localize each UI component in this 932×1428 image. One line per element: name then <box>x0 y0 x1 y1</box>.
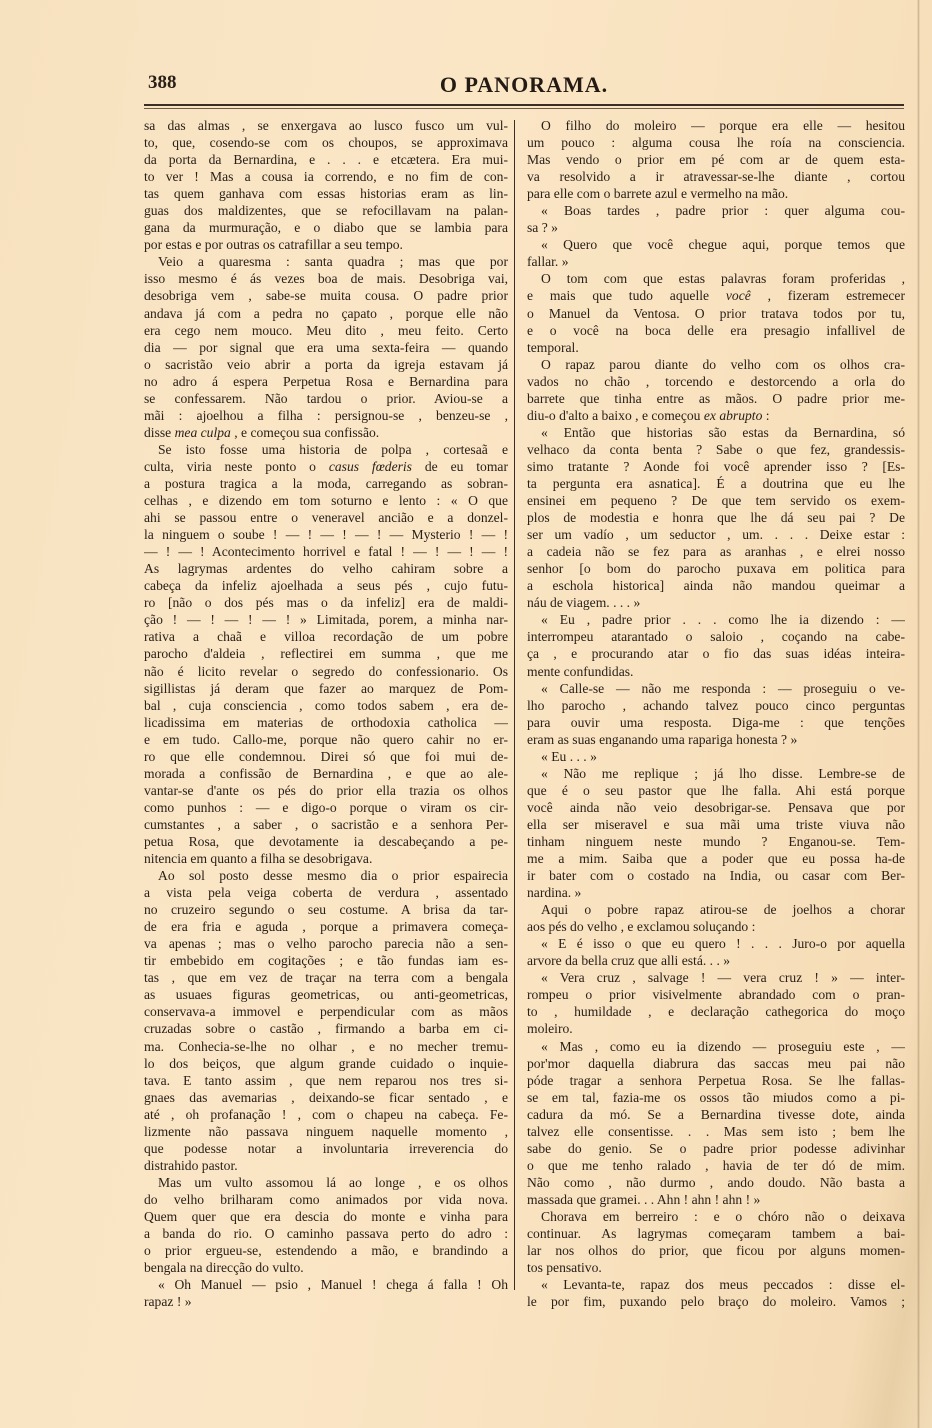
text-segment: bal , cuja consciencia , como todos sabe… <box>144 698 508 713</box>
text-line: O filho do moleiro — porque era elle — h… <box>527 117 905 134</box>
text-line: talvez elle consentisse. . . Mas sem ist… <box>527 1123 905 1140</box>
text-segment: tas quem ganhava com essas historias era… <box>144 186 508 201</box>
text-line: desobriga vem , sabe-se muita cousa. O p… <box>144 287 508 304</box>
text-line: va resolvido a ir atravessar-se-lhe dian… <box>527 168 905 185</box>
text-line: me a mim. Saiba que a poder que eu possa… <box>527 850 905 867</box>
text-line: lho parocho , achando talvez pouco cinco… <box>527 697 905 714</box>
text-line: cumstantes , a saber , o sacristão e a s… <box>144 816 508 833</box>
text-line: va apenas ; mas o velho parocho parecia … <box>144 935 508 952</box>
text-segment: do velho brilharam como animados por vid… <box>144 1192 508 1207</box>
text-segment: , e começou sua confissão. <box>231 425 379 440</box>
text-segment: lar nos olhos do prior, que ficou por al… <box>527 1243 905 1258</box>
text-segment: O tom com que estas palavras foram profe… <box>541 271 905 286</box>
text-segment: « Mas , como eu ia dizendo — proseguiu e… <box>541 1039 905 1054</box>
text-line: o Manuel da Ventosa. O prior tratava tod… <box>527 305 905 322</box>
text-line: se em tal, fazia-me os ossos tão miudos … <box>527 1089 905 1106</box>
header-rule-thin <box>144 108 904 109</box>
text-segment: parocho d'aldeia , reflectirei em summa … <box>144 646 508 661</box>
text-segment: rapaz ! » <box>144 1294 192 1309</box>
text-line: « Calle-se — não me responda : — prosegu… <box>527 680 905 697</box>
text-line: tava. E tanto assim , que nem reparou no… <box>144 1072 508 1089</box>
text-segment: até , oh profanação ! , com o chapeu na … <box>144 1107 508 1122</box>
text-segment: culta, viria neste ponto o <box>144 459 329 474</box>
text-segment: que é o seu pastor que lhe falla. Ahi es… <box>527 783 905 798</box>
text-segment: arvore da bella cruz que alli está. . . … <box>527 953 730 968</box>
text-line: lar nos olhos do prior, que ficou por al… <box>527 1242 905 1259</box>
text-line: o que me tenho ralado , havia de ter dó … <box>527 1157 905 1174</box>
text-line: gana da murmuração, e o diabo que se lam… <box>144 219 508 236</box>
text-line: vantar-se d'ante os pés do prior ella tr… <box>144 782 508 799</box>
text-segment: ta pergunta era asnatica]. É a doutrina … <box>527 476 905 491</box>
text-segment: ção ! — ! — ! — ! » Limitada, porem, a m… <box>144 612 508 627</box>
text-segment: licadissima em materias de orthodoxia ca… <box>144 715 508 730</box>
text-segment: cruzadas sobre o castão , firmando a bar… <box>144 1021 508 1036</box>
text-segment: moleiro. <box>527 1021 573 1036</box>
text-line: As lagrymas ardentes do velho cahiram so… <box>144 560 508 577</box>
text-segment: to , humildade , e declaração cathegoric… <box>527 1004 905 1019</box>
text-segment: velhaco da conta benta ? Sabe o que fez,… <box>527 442 905 457</box>
text-line: Veio a quaresma : santa quadra ; mas que… <box>144 253 508 270</box>
text-line: plos de modestia e honra que lhe dá seu … <box>527 509 905 526</box>
text-segment: Ao sol posto desse mesmo dia o prior esp… <box>158 868 508 883</box>
text-line: mãi : ajoelhou a filha : persignou-se , … <box>144 407 508 424</box>
text-line: que podesse notar a involuntaria irrever… <box>144 1140 508 1157</box>
italic-phrase: ex abrupto <box>704 408 763 423</box>
text-segment: ahi se passou entre o veneravel ancião e… <box>144 510 508 525</box>
text-line: massada que gramei. . . Ahn ! ahn ! ahn … <box>527 1191 905 1208</box>
text-segment: « Então que historias são estas da Berna… <box>541 425 905 440</box>
text-line: simo tratante ? Aonde foi você aprender … <box>527 458 905 475</box>
text-line: ahi se passou entre o veneravel ancião e… <box>144 509 508 526</box>
text-line: senhor [o bom do parocho puxava em polit… <box>527 560 905 577</box>
text-segment: sa ? » <box>527 220 558 235</box>
text-segment: sa das almas , se enxergava ao lusco fus… <box>144 118 508 133</box>
text-line: Mas um vulto assomou lá ao longe , e os … <box>144 1174 508 1191</box>
text-segment: va resolvido a ir atravessar-se-lhe dian… <box>527 169 905 184</box>
text-line: para elle com o barrete azul e vermelho … <box>527 185 905 202</box>
text-line: por'mor daquella diabrura das saccas meu… <box>527 1055 905 1072</box>
text-line: aos pés do velho , e exclamou soluçando … <box>527 918 905 935</box>
text-line: eram as suas enganando uma rapariga hone… <box>527 731 905 748</box>
text-segment: rompeu o prior visivelmente abrandado co… <box>527 987 905 1002</box>
text-line: Chorava em berreiro : e o chóro não o de… <box>527 1208 905 1225</box>
text-line: guas dos maldizentes, que se refocillava… <box>144 202 508 219</box>
text-line: disse mea culpa , e começou sua confissã… <box>144 424 508 441</box>
text-segment: aos pés do velho , e exclamou soluçando … <box>527 919 755 934</box>
text-segment: tir embebido em cogitações ; e tão funda… <box>144 953 508 968</box>
text-segment: o Manuel da Ventosa. O prior tratava tod… <box>527 306 905 321</box>
text-segment: bengala na direcção do vulto. <box>144 1260 304 1275</box>
text-line: « Mas , como eu ia dizendo — proseguiu e… <box>527 1038 905 1055</box>
text-segment: « Levanta-te, rapaz dos meus peccados : … <box>541 1277 905 1292</box>
text-segment: disse <box>144 425 175 440</box>
text-line: interrompeu atarantado o saloio , coçand… <box>527 628 905 645</box>
text-segment: simo tratante ? Aonde foi você aprender … <box>527 459 905 474</box>
text-segment: « Calle-se — não me responda : — prosegu… <box>541 681 905 696</box>
text-line: cadura da mó. Se a Bernardina tivesse do… <box>527 1106 905 1123</box>
text-line: cabeça da infeliz ajoelhada a seus pés ,… <box>144 577 508 594</box>
text-line: sa das almas , se enxergava ao lusco fus… <box>144 117 508 134</box>
text-line: ro que elle condemnou. Direi só que foi … <box>144 748 508 765</box>
text-segment: nardina. » <box>527 885 581 900</box>
text-line: era cego nem mouco. Meu dito , meu feito… <box>144 322 508 339</box>
text-segment: não é licito revelar o segredo do confes… <box>144 664 508 679</box>
text-segment: « Eu . . . » <box>541 749 597 764</box>
text-segment: « Eu , padre prior . . . como lhe ia diz… <box>541 612 905 627</box>
text-line: Aqui o pobre rapaz atirou-se de joelhos … <box>527 901 905 918</box>
text-segment: As lagrymas ardentes do velho cahiram so… <box>144 561 508 576</box>
text-segment: por'mor daquella diabrura das saccas meu… <box>527 1056 905 1071</box>
text-line: to ver ! Mas a cousa ia correndo, e no f… <box>144 168 508 185</box>
left-column: sa das almas , se enxergava ao lusco fus… <box>144 117 508 1310</box>
text-segment: que podesse notar a involuntaria irrever… <box>144 1141 508 1156</box>
text-line: se confessarem. Não tardou o prior. Avio… <box>144 390 508 407</box>
text-segment: mãi : ajoelhou a filha : persignou-se , … <box>144 408 508 423</box>
text-line: sabe do genio. Se o padre prior podesse … <box>527 1140 905 1157</box>
text-segment: me a mim. Saiba que a poder que eu possa… <box>527 851 905 866</box>
right-column: O filho do moleiro — porque era elle — h… <box>527 117 905 1310</box>
text-line: tas , que em vez de traçar na terra com … <box>144 969 508 986</box>
text-segment: Não como , não durmo , ando doudo. Não b… <box>527 1175 905 1190</box>
text-segment: gnaes das avemarias , deixando-se ficar … <box>144 1090 508 1105</box>
text-line: O rapaz parou diante do velho com os olh… <box>527 356 905 373</box>
text-segment: Quem quer que era descia do monte e vinh… <box>144 1209 508 1224</box>
text-line: bal , cuja consciencia , como todos sabe… <box>144 697 508 714</box>
text-segment: e o você na boca delle era presagio infa… <box>527 323 905 338</box>
text-line: velhaco da conta benta ? Sabe o que fez,… <box>527 441 905 458</box>
text-segment: gana da murmuração, e o diabo que se lam… <box>144 220 508 235</box>
text-segment: póde tragar a senhora Perpetua Rosa. Se … <box>527 1073 905 1088</box>
text-line: rativa a chaã e villoa recordação de um … <box>144 628 508 645</box>
text-line: do velho brilharam como animados por vid… <box>144 1191 508 1208</box>
text-segment: a eschola historica] ainda não mandou qu… <box>527 578 905 593</box>
text-line: mente confundidas. <box>527 663 905 680</box>
text-segment: massada que gramei. . . Ahn ! ahn ! ahn … <box>527 1192 760 1207</box>
text-line: as usuaes figuras geometricas, ou anti-g… <box>144 986 508 1003</box>
text-line: barrete que tinha entre as mãos. O padre… <box>527 390 905 407</box>
text-segment: fallar. » <box>527 254 569 269</box>
text-line: póde tragar a senhora Perpetua Rosa. Se … <box>527 1072 905 1089</box>
text-segment: ser um vadío , um seductor , um. . . . D… <box>527 527 905 542</box>
text-line: « Eu , padre prior . . . como lhe ia diz… <box>527 611 905 628</box>
text-segment: ma. Conhecia-se-lhe no olhar , e no mech… <box>144 1039 508 1054</box>
text-line: « E é isso o que eu quero ! . . . Juro-o… <box>527 935 905 952</box>
text-segment: ro que elle condemnou. Direi só que foi … <box>144 749 508 764</box>
periodical-title: O PANORAMA. <box>144 72 904 98</box>
text-line: « Eu . . . » <box>527 748 905 765</box>
text-line: que é o seu pastor que lhe falla. Ahi es… <box>527 782 905 799</box>
text-segment: conservava-a immovel e perpendicular com… <box>144 1004 508 1019</box>
text-line: ta pergunta era asnatica]. É a doutrina … <box>527 475 905 492</box>
text-line: lo dos beiços, que algum grande cuidado … <box>144 1055 508 1072</box>
text-line: « Então que historias são estas da Berna… <box>527 424 905 441</box>
text-segment: o que me tenho ralado , havia de ter dó … <box>527 1158 905 1173</box>
text-line: no cruzeiro segundo o seu costume. A bri… <box>144 901 508 918</box>
text-line: não é licito revelar o segredo do confes… <box>144 663 508 680</box>
text-segment: diu-o d'alto a baixo , e começou <box>527 408 704 423</box>
text-line: O tom com que estas palavras foram profe… <box>527 270 905 287</box>
text-line: a postura tragica a la moda, carregando … <box>144 475 508 492</box>
text-line: celhas , e dizendo em tom soturno e lent… <box>144 492 508 509</box>
text-segment: a postura tragica a la moda, carregando … <box>144 476 508 491</box>
text-line: vados no chão , torcendo e destorcendo a… <box>527 373 905 390</box>
text-line: petua Rosa, que devotamente ia descabeça… <box>144 833 508 850</box>
text-segment: no adro á espera Perpetua Rosa e Bernard… <box>144 374 508 389</box>
text-segment: se confessarem. Não tardou o prior. Avio… <box>144 391 508 406</box>
text-line: o sacristão veio abrir a porta da igreja… <box>144 356 508 373</box>
text-line: « Não me replique ; já lho disse. Lembre… <box>527 765 905 782</box>
text-line: de era fria e aguda , porque a primavera… <box>144 918 508 935</box>
text-segment: Se isto fosse uma historia de polpa , co… <box>158 442 508 457</box>
text-segment: to, que, cosendo-se com os choupos, se a… <box>144 135 508 150</box>
text-segment: tava. E tanto assim , que nem reparou no… <box>144 1073 508 1088</box>
text-line: um pouco : alguma cousa lhe roía na cons… <box>527 134 905 151</box>
text-segment: rativa a chaã e villoa recordação de um … <box>144 629 508 644</box>
text-line: culta, viria neste ponto o casus fœderis… <box>144 458 508 475</box>
text-segment: lho parocho , achando talvez pouco cinco… <box>527 698 905 713</box>
text-line: arvore da bella cruz que alli está. . . … <box>527 952 905 969</box>
text-line: a banda do rio. O caminho passava perto … <box>144 1225 508 1242</box>
text-line: — ! — ! Acontecimento horrivel e fatal !… <box>144 543 508 560</box>
text-segment: de eu tomar <box>412 459 508 474</box>
text-line: rapaz ! » <box>144 1293 508 1310</box>
text-segment: Chorava em berreiro : e o chóro não o de… <box>541 1209 905 1224</box>
page-header: 388 O PANORAMA. <box>144 66 904 106</box>
column-divider <box>514 120 515 1290</box>
text-line: sa ? » <box>527 219 905 236</box>
text-line: diu-o d'alto a baixo , e começou ex abru… <box>527 407 905 424</box>
text-line: da porta da Bernardina, e . . . e etcæte… <box>144 151 508 168</box>
text-line: nitencia em quanto a filha se desobrigav… <box>144 850 508 867</box>
text-segment: e mais que tudo aquelle <box>527 288 726 303</box>
text-segment: distrahido pastor. <box>144 1158 238 1173</box>
text-segment: no cruzeiro segundo o seu costume. A bri… <box>144 902 508 917</box>
text-line: le por fim, puxando pelo braço do moleir… <box>527 1293 905 1310</box>
text-line: parocho d'aldeia , reflectirei em summa … <box>144 645 508 662</box>
text-segment: « Boas tardes , padre prior : quer algum… <box>541 203 905 218</box>
text-line: ella ser miseravel e sua mãi uma triste … <box>527 816 905 833</box>
text-line: ser um vadío , um seductor , um. . . . D… <box>527 526 905 543</box>
text-segment: O rapaz parou diante do velho com os olh… <box>541 357 905 372</box>
text-segment: « Não me replique ; já lho disse. Lembre… <box>541 766 905 781</box>
text-line: ção ! — ! — ! — ! » Limitada, porem, a m… <box>144 611 508 628</box>
text-segment: da porta da Bernardina, e . . . e etcæte… <box>144 152 508 167</box>
text-line: « Oh Manuel — psio , Manuel ! chega á fa… <box>144 1276 508 1293</box>
text-line: lizmente não passava ninguem naquelle mo… <box>144 1123 508 1140</box>
text-segment: le por fim, puxando pelo braço do moleir… <box>527 1294 905 1309</box>
text-line: « Quero que você chegue aqui, porque tem… <box>527 236 905 253</box>
text-segment: senhor [o bom do parocho puxava em polit… <box>527 561 905 576</box>
text-segment: nitencia em quanto a filha se desobrigav… <box>144 851 372 866</box>
text-segment: petua Rosa, que devotamente ia descabeça… <box>144 834 508 849</box>
text-segment: o sacristão veio abrir a porta da igreja… <box>144 357 508 372</box>
text-line: fallar. » <box>527 253 905 270</box>
text-line: isso mesmo é ás vezes boa de mais. Desob… <box>144 270 508 287</box>
text-line: dia — por signal que era uma sexta-feira… <box>144 339 508 356</box>
text-line: a eschola historica] ainda não mandou qu… <box>527 577 905 594</box>
text-line: tinham ninguem neste mundo ? Enganou-se.… <box>527 833 905 850</box>
text-segment: um pouco : alguma cousa lhe roía na cons… <box>527 135 905 150</box>
text-segment: dia — por signal que era uma sexta-feira… <box>144 340 508 355</box>
text-line: Não como , não durmo , ando doudo. Não b… <box>527 1174 905 1191</box>
text-line: bengala na direcção do vulto. <box>144 1259 508 1276</box>
text-segment: va apenas ; mas o velho parocho parecia … <box>144 936 508 951</box>
text-line: cruzadas sobre o castão , firmando a bar… <box>144 1020 508 1037</box>
text-segment: era cego nem mouco. Meu dito , meu feito… <box>144 323 508 338</box>
text-segment: temporal. <box>527 340 579 355</box>
text-segment: tos pensativo. <box>527 1260 602 1275</box>
text-segment: « Vera cruz , salvage ! — vera cruz ! » … <box>541 970 905 985</box>
text-segment: Aqui o pobre rapaz atirou-se de joelhos … <box>541 902 905 917</box>
text-segment: náu de viagem. . . . » <box>527 595 640 610</box>
text-segment: de era fria e aguda , porque a primavera… <box>144 919 508 934</box>
text-line: rompeu o prior visivelmente abrandado co… <box>527 986 905 1003</box>
text-segment: lo dos beiços, que algum grande cuidado … <box>144 1056 508 1071</box>
text-segment: lizmente não passava ninguem naquelle mo… <box>144 1124 508 1139</box>
text-segment: isso mesmo é ás vezes boa de mais. Desob… <box>144 271 508 286</box>
text-segment: , fizeram estremecer <box>751 288 905 303</box>
text-segment: por estas e por outras os catrafillar a … <box>144 237 403 252</box>
text-line: ça , e procurando atar o fio das suas id… <box>527 645 905 662</box>
italic-phrase: mea culpa <box>175 425 231 440</box>
text-segment: tinham ninguem neste mundo ? Enganou-se.… <box>527 834 905 849</box>
text-line: náu de viagem. . . . » <box>527 594 905 611</box>
text-segment: guas dos maldizentes, que se refocillava… <box>144 203 508 218</box>
text-segment: la ninguem o soube ! — ! — ! — ! — Myste… <box>144 527 508 542</box>
text-segment: continuar. As lagrymas começaram tambem … <box>527 1226 905 1241</box>
text-line: para ouvir uma resposta. Diga-me : que t… <box>527 714 905 731</box>
text-segment: a vista pela veiga coberta de verdura , … <box>144 885 508 900</box>
text-line: Mas vendo o prior em pé com ar de quem e… <box>527 151 905 168</box>
text-segment: como punhos : — e digo-o porque o viram … <box>144 800 508 815</box>
text-line: por estas e por outras os catrafillar a … <box>144 236 508 253</box>
text-line: la ninguem o soube ! — ! — ! — ! — Myste… <box>144 526 508 543</box>
text-segment: desobriga vem , sabe-se muita cousa. O p… <box>144 288 508 303</box>
text-segment: cadura da mó. Se a Bernardina tivesse do… <box>527 1107 905 1122</box>
text-segment: o prior ergueu-se, estendendo a mão, e b… <box>144 1243 508 1258</box>
text-line: moleiro. <box>527 1020 905 1037</box>
text-line: to, que, cosendo-se com os choupos, se a… <box>144 134 508 151</box>
text-line: a cadeia não se fez para as aranhas , e … <box>527 543 905 560</box>
italic-phrase: você <box>726 288 751 303</box>
text-segment: Veio a quaresma : santa quadra ; mas que… <box>158 254 508 269</box>
text-line: conservava-a immovel e perpendicular com… <box>144 1003 508 1020</box>
text-line: ma. Conhecia-se-lhe no olhar , e no mech… <box>144 1038 508 1055</box>
text-line: até , oh profanação ! , com o chapeu na … <box>144 1106 508 1123</box>
text-segment: ro [não o dos pés mas o da infeliz] era … <box>144 595 508 610</box>
text-line: distrahido pastor. <box>144 1157 508 1174</box>
text-line: tir embebido em cogitações ; e tão funda… <box>144 952 508 969</box>
text-segment: cumstantes , a saber , o sacristão e a s… <box>144 817 508 832</box>
text-segment: sabe do genio. Se o padre prior podesse … <box>527 1141 905 1156</box>
text-segment: barrete que tinha entre as mãos. O padre… <box>527 391 905 406</box>
text-segment: ensinei em pequeno ? De que tem servido … <box>527 493 905 508</box>
text-segment: ir bater com o costado na India, ou casa… <box>527 868 905 883</box>
text-segment: O filho do moleiro — porque era elle — h… <box>541 118 905 133</box>
text-segment: talvez elle consentisse. . . Mas sem ist… <box>527 1124 905 1139</box>
text-line: Quem quer que era descia do monte e vinh… <box>144 1208 508 1225</box>
text-segment: Mas vendo o prior em pé com ar de quem e… <box>527 152 905 167</box>
text-line: Ao sol posto desse mesmo dia o prior esp… <box>144 867 508 884</box>
text-line: « Levanta-te, rapaz dos meus peccados : … <box>527 1276 905 1293</box>
text-line: o prior ergueu-se, estendendo a mão, e b… <box>144 1242 508 1259</box>
text-line: ro [não o dos pés mas o da infeliz] era … <box>144 594 508 611</box>
text-segment: cabeça da infeliz ajoelhada a seus pés ,… <box>144 578 508 593</box>
text-segment: você ainda não veio desobrigar-se. Pensa… <box>527 800 905 815</box>
text-line: nardina. » <box>527 884 905 901</box>
text-segment: « Quero que você chegue aqui, porque tem… <box>541 237 905 252</box>
italic-phrase: casus fœderis <box>329 459 412 474</box>
text-line: andava já com a pedra no çapato , porque… <box>144 305 508 322</box>
text-line: ensinei em pequeno ? De que tem servido … <box>527 492 905 509</box>
text-line: « Vera cruz , salvage ! — vera cruz ! » … <box>527 969 905 986</box>
text-segment: ella ser miseravel e sua mãi uma triste … <box>527 817 905 832</box>
text-segment: vados no chão , torcendo e destorcendo a… <box>527 374 905 389</box>
text-segment: as usuaes figuras geometricas, ou anti-g… <box>144 987 508 1002</box>
text-line: e em tudo. Callo-me, porque não quero ca… <box>144 731 508 748</box>
text-line: continuar. As lagrymas começaram tambem … <box>527 1225 905 1242</box>
text-line: morada a confissão de Bernardina , e que… <box>144 765 508 782</box>
text-line: « Boas tardes , padre prior : quer algum… <box>527 202 905 219</box>
text-segment: sigillistas já deram que fazer ao marque… <box>144 681 508 696</box>
text-line: to , humildade , e declaração cathegoric… <box>527 1003 905 1020</box>
header-rule <box>144 104 904 106</box>
text-segment: interrompeu atarantado o saloio , coçand… <box>527 629 905 644</box>
text-segment: tas , que em vez de traçar na terra com … <box>144 970 508 985</box>
text-segment: para elle com o barrete azul e vermelho … <box>527 186 788 201</box>
text-line: a vista pela veiga coberta de verdura , … <box>144 884 508 901</box>
text-segment: — ! — ! Acontecimento horrivel e fatal !… <box>144 544 508 559</box>
text-segment: mente confundidas. <box>527 664 633 679</box>
text-segment: « Oh Manuel — psio , Manuel ! chega á fa… <box>158 1277 508 1292</box>
text-segment: to ver ! Mas a cousa ia correndo, e no f… <box>144 169 508 184</box>
text-segment: para ouvir uma resposta. Diga-me : que t… <box>527 715 905 730</box>
text-segment: andava já com a pedra no çapato , porque… <box>144 306 508 321</box>
text-segment: a banda do rio. O caminho passava perto … <box>144 1226 508 1241</box>
text-segment: celhas , e dizendo em tom soturno e lent… <box>144 493 508 508</box>
text-line: tos pensativo. <box>527 1259 905 1276</box>
text-line: e o você na boca delle era presagio infa… <box>527 322 905 339</box>
text-line: e mais que tudo aquelle você , fizeram e… <box>527 287 905 304</box>
text-line: tas quem ganhava com essas historias era… <box>144 185 508 202</box>
text-segment: se em tal, fazia-me os ossos tão miudos … <box>527 1090 905 1105</box>
text-segment: plos de modestia e honra que lhe dá seu … <box>527 510 905 525</box>
text-line: gnaes das avemarias , deixando-se ficar … <box>144 1089 508 1106</box>
text-segment: « E é isso o que eu quero ! . . . Juro-o… <box>541 936 905 951</box>
text-segment: e em tudo. Callo-me, porque não quero ca… <box>144 732 508 747</box>
text-line: você ainda não veio desobrigar-se. Pensa… <box>527 799 905 816</box>
text-line: como punhos : — e digo-o porque o viram … <box>144 799 508 816</box>
text-line: temporal. <box>527 339 905 356</box>
text-line: no adro á espera Perpetua Rosa e Bernard… <box>144 373 508 390</box>
text-line: Se isto fosse uma historia de polpa , co… <box>144 441 508 458</box>
page-spine-shadow <box>917 0 920 1428</box>
text-segment: eram as suas enganando uma rapariga hone… <box>527 732 797 747</box>
text-segment: : <box>762 408 769 423</box>
text-line: sigillistas já deram que fazer ao marque… <box>144 680 508 697</box>
text-segment: vantar-se d'ante os pés do prior ella tr… <box>144 783 508 798</box>
text-line: licadissima em materias de orthodoxia ca… <box>144 714 508 731</box>
text-line: ir bater com o costado na India, ou casa… <box>527 867 905 884</box>
text-segment: ça , e procurando atar o fio das suas id… <box>527 646 905 661</box>
text-segment: Mas um vulto assomou lá ao longe , e os … <box>158 1175 508 1190</box>
text-segment: morada a confissão de Bernardina , e que… <box>144 766 508 781</box>
text-segment: a cadeia não se fez para as aranhas , e … <box>527 544 905 559</box>
